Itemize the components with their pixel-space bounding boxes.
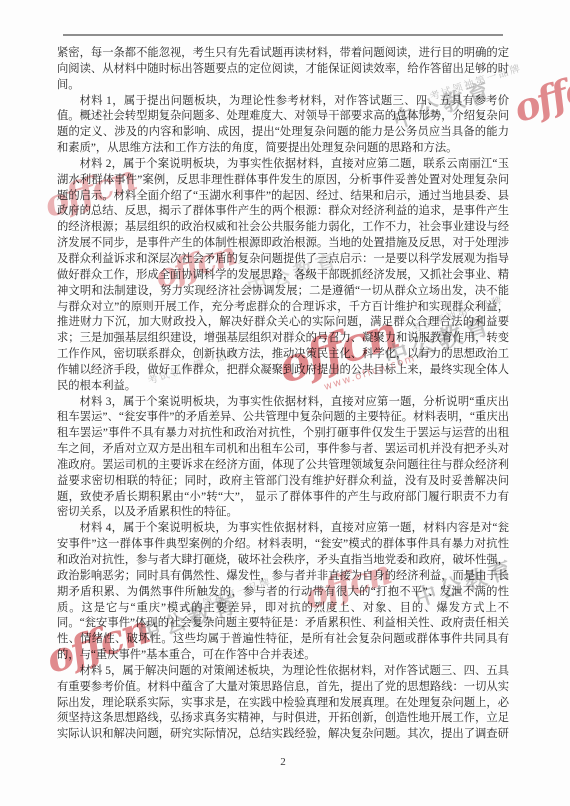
paragraph-continuation: 紧密，每一条都不能忽视，考生只有先看试题再读材料，带着问题阅读，进行目的明确的定…: [57, 46, 509, 94]
scanned-document-page: 紧密，每一条都不能忽视，考生只有先看试题再读材料，带着问题阅读，进行目的明确的定…: [0, 0, 570, 806]
paragraph-material-1: 材料 1，属于提出问题板块，为理论性参考材料，对作答试题三、四、五具有参考价值。…: [57, 94, 509, 157]
document-body: 紧密，每一条都不能忽视，考生只有先看试题再读材料，带着问题阅读，进行目的明确的定…: [57, 46, 509, 743]
paragraph-material-5: 材料 5，属于解决问题的对策阐述板块，为理论性依据材料，对作答试题三、四、五具有…: [57, 664, 509, 743]
offcn-logo-script-icon: offcn: [508, 58, 570, 131]
paragraph-material-2: 材料 2，属于个案说明板块，为事实性依据材料，直接对应第二题，联系云南丽江“玉湖…: [57, 157, 509, 395]
page-number: 2: [0, 756, 566, 768]
paragraph-material-4: 材料 4，属于个案说明板块，为事实性依据材料，直接对应第一题，材料内容是对“瓮安…: [57, 521, 509, 664]
paragraph-material-3: 材料 3，属于个案说明板块，为事实性依据材料，直接对应第一题，分析说明“重庆出租…: [57, 395, 509, 522]
header-rule: [63, 34, 503, 36]
